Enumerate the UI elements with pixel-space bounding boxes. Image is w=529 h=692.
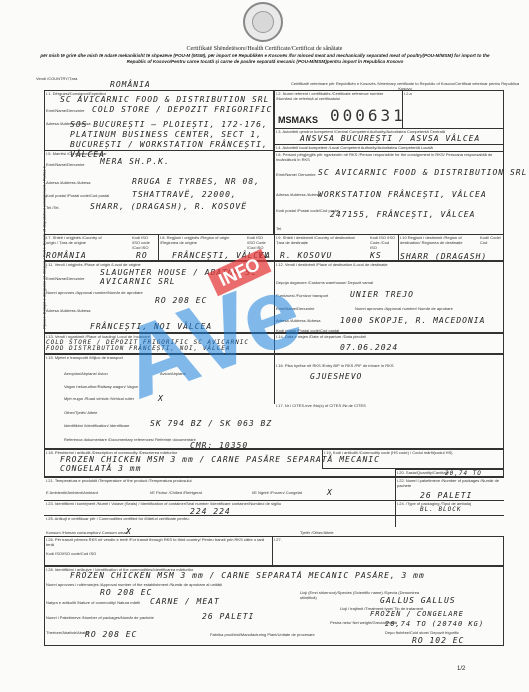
responsible-postal: 247155, FRÂNCEȘTI, VÂLCEA bbox=[330, 210, 475, 219]
consignee-address: RRUGA E TYRBES, NR 08, bbox=[132, 177, 260, 186]
airplane-label: Aeroplan/Airplane/ Avion bbox=[64, 371, 108, 376]
net-weight: 20,74 TO (20740 KG) bbox=[385, 620, 484, 628]
cert-number: 000631 bbox=[330, 106, 406, 125]
country-label: Vendi /COUNTRY/Țara bbox=[36, 76, 77, 81]
i23-label: I.23. Identifikimi i kontejnerit /Numri … bbox=[46, 501, 281, 506]
consignor-value: SC AVICARNIC FOOD & DISTRIBUTION SRL bbox=[60, 95, 269, 104]
commodity-identification: FROZEN CHICKEN MSM 3 mm / CARNE SEPARATĂ… bbox=[70, 571, 490, 580]
i9-iso-label: Kodi ISO /ISO Code /Cod ISO bbox=[370, 235, 396, 250]
i5-addr-label: Adresa /Address /Adresa bbox=[46, 180, 90, 185]
establishment-approval: RO 208 EC bbox=[100, 588, 152, 597]
i26-label: I.26. Për tranzit përmes RKS në vendin e… bbox=[46, 537, 266, 547]
human-consumption-label[interactable]: Konsum /Human consumption/ Consum uman bbox=[46, 530, 128, 535]
destination-country: R. KOSOVU bbox=[280, 251, 332, 260]
i9-label: I.9. Shteti i destinimit /Country of des… bbox=[276, 235, 356, 245]
i10-code-label: Kodi/ Code/ Cod bbox=[480, 235, 502, 245]
i7-label: I.7. Shteti i origjinës /Country of orig… bbox=[46, 235, 106, 245]
i8-iso-label: Kodi ISO /ISO Code /Cod ISO bbox=[247, 235, 272, 250]
i19-label: I.19. Kodi i artikullit /Commodity code … bbox=[324, 450, 494, 455]
i25-label: I.25. Artikujt e certifikuar për / Commo… bbox=[46, 516, 190, 521]
railway-label: Vagon hekurudhor/Railway wagon/ Vagon bbox=[64, 384, 138, 389]
i15-label: I.15. Mjetet e transportit /Mijloc de tr… bbox=[46, 355, 123, 360]
frozen-check: X bbox=[327, 488, 333, 497]
species-value: GALLUS GALLUS bbox=[380, 596, 456, 605]
i12-approval-label: Numri aprovues /Approval number/ Număr d… bbox=[355, 306, 453, 311]
i5-postal-label: Kodi postal /Postal code/Cod postal bbox=[46, 193, 109, 198]
page-number: 1/2 bbox=[457, 666, 465, 672]
i17-label: I.17. Nr i CITES-eve /No(s) of CITES /Nr… bbox=[276, 403, 366, 408]
i1-name-label: Emri/Name/Denumire bbox=[46, 108, 84, 113]
human-consumption-check: X bbox=[126, 527, 132, 536]
transport-supplier: UNIER TREJO bbox=[350, 290, 414, 299]
cert-prefix: MSMAKS bbox=[278, 115, 318, 125]
i22-label: I.22. Numri i paketimeve /Number of pack… bbox=[397, 478, 502, 488]
i5-tel-label: Tel./Tel. bbox=[46, 205, 60, 210]
plant-label: Fabrika prodhimi/Manufacturing Plant/Uni… bbox=[210, 632, 315, 637]
i6-name-label: Emri/Name/ Denumire bbox=[276, 172, 316, 177]
central-authority: ANSVSA BUCUREȘTI / ASVSA VÂLCEA bbox=[300, 134, 480, 143]
i2-label: I.2. Numri referent i certifikatës /Cert… bbox=[276, 91, 396, 101]
country-value: ROMÂNIA bbox=[110, 80, 151, 89]
other-transport-label: Other/Tjetër/ Altele bbox=[64, 410, 97, 415]
i5-name-label: Emri/Name/Denumire bbox=[46, 162, 84, 167]
slaughter-label: Thertore/Abattoir/Abator bbox=[46, 630, 89, 635]
road-label: Mjet rrugor /Road vehicle /Vehicul rutie… bbox=[64, 396, 134, 401]
i12-label: I.12. Vendi i destinimit /Place of desti… bbox=[276, 262, 388, 267]
part1-side-label: Pjesa I: Detajet e dërgesës së dërguar /… bbox=[34, 85, 44, 405]
chilled-label[interactable]: I/E Ftohur /Chilled /Refrigerat bbox=[150, 490, 202, 495]
i6-label: I.6. Personi përgjegjës për ngarkesën në… bbox=[276, 152, 501, 162]
quantity-value: 20,74 TO bbox=[445, 470, 482, 477]
vehicle-identification: SK 794 BZ / SK 063 BZ bbox=[150, 419, 272, 428]
i7-iso-label: Kodi ISO /ISO code /Cod ISO bbox=[132, 235, 157, 250]
responsible-name: SC AVICARNIC FOOD & DISTRIBUTION SRL bbox=[318, 168, 527, 177]
i28-packages-label: Numri i Paketimeve /Number of packages/N… bbox=[46, 615, 154, 620]
i8-label: I.8. Regjioni i origjinës /Region of ori… bbox=[160, 235, 230, 245]
responsible-address: WORKSTATION FRÂNCEȘTI, VÂLCEA bbox=[318, 190, 487, 199]
i11-approval-label: Numri aprovues /Approval number/Număr de… bbox=[46, 290, 143, 295]
consignee-name: MERA SH.P.K. bbox=[100, 157, 170, 166]
consignee-tel: SHARR, (DRAGASH), R. KOSOVË bbox=[90, 202, 247, 211]
i6-addr-label: Adresa /Address /Adresa bbox=[276, 192, 320, 197]
i12-customs-label: Depoja doganore /Customs warehouse/ Depo… bbox=[276, 280, 373, 285]
docs-label: Referenca dokumentare /Documentary refer… bbox=[64, 437, 196, 442]
ambient-label[interactable]: E Ambientit/Ambient/Ambiant bbox=[46, 490, 98, 495]
destination-region: SHARR (DRAGASH) bbox=[400, 252, 487, 261]
i28-approval-label: Numri aprovues i ndërmarrjes /Approval n… bbox=[46, 582, 222, 587]
destination-place-address: 1000 SKOPJE, R. MACEDONIA bbox=[340, 316, 485, 325]
i28-packages: 26 PALETI bbox=[202, 612, 254, 621]
departure-date: 07.06.2024 bbox=[340, 343, 398, 352]
consignee-postal: TSHATTRAVË, 22000, bbox=[132, 190, 237, 199]
certificate-title: Certifikatë Shëndetësore/Health Certific… bbox=[0, 46, 529, 52]
i6-tel-label: Tel. bbox=[276, 226, 282, 231]
i27-label: I.27. bbox=[274, 537, 282, 542]
i2a-label: I.2.a bbox=[404, 91, 412, 96]
i11-label: I.11. Vendi i origjinës /Place of origin… bbox=[46, 262, 141, 267]
destination-iso: KS bbox=[370, 251, 382, 260]
i21-label: I.21. Temperatura e produktit /Temperatu… bbox=[46, 478, 192, 483]
cold-store-value: RO 102 EC bbox=[412, 636, 464, 645]
origin-iso: RO bbox=[136, 251, 148, 260]
treatment-value: FROZEN / CONGELARE bbox=[370, 610, 464, 618]
packages-count: 26 PALETI bbox=[420, 491, 472, 500]
ident-label: Identifikimi /Identification/ Identifica… bbox=[64, 423, 129, 428]
slaughterhouse: RO 208 EC bbox=[85, 630, 137, 639]
frozen-label[interactable]: I/E Ngrirë /Frozen/ Congelat bbox=[252, 490, 302, 495]
i5-label: I.5. Marrësi /Consignee/Destinatar bbox=[46, 151, 107, 156]
other-use-label[interactable]: Tjetër /Other/Altele bbox=[300, 530, 334, 535]
packaging-type: BL. BLOCK bbox=[420, 506, 462, 513]
origin-country: ROMÂNIA bbox=[46, 251, 87, 260]
entry-bip: GJUESHEVO bbox=[310, 372, 362, 381]
i11-addr-label: Adresa /Address /Adresa bbox=[46, 308, 90, 313]
i10-label: I.10 Regjioni i destinimit /Region of de… bbox=[400, 235, 470, 245]
i4-label: I.4. Autoriteti local kompetent /Local C… bbox=[276, 145, 433, 150]
kosovo-seal-icon bbox=[243, 2, 283, 42]
cold-store-label: Depo ftohëse/Cold store/ Depozit frigori… bbox=[385, 630, 459, 635]
consignor-name: COLD STORE / DEPOZIT FRIGORIFIC bbox=[92, 105, 272, 114]
i26-iso-label: Kodi ISO/ISO code/Cod ISO bbox=[46, 551, 96, 556]
certificate-subtitle: për mish të grirë dhe mish të ndarë meka… bbox=[40, 53, 490, 65]
i11-name-label: Emri/Name/Denumire bbox=[46, 276, 84, 281]
commodity-nature: CARNE / MEAT bbox=[150, 597, 220, 606]
nature-label: Natyra e artikullit /Nature of commodity… bbox=[46, 600, 140, 605]
i20-label: I.20. Sasia/Quantity/Cantitate bbox=[397, 470, 449, 475]
